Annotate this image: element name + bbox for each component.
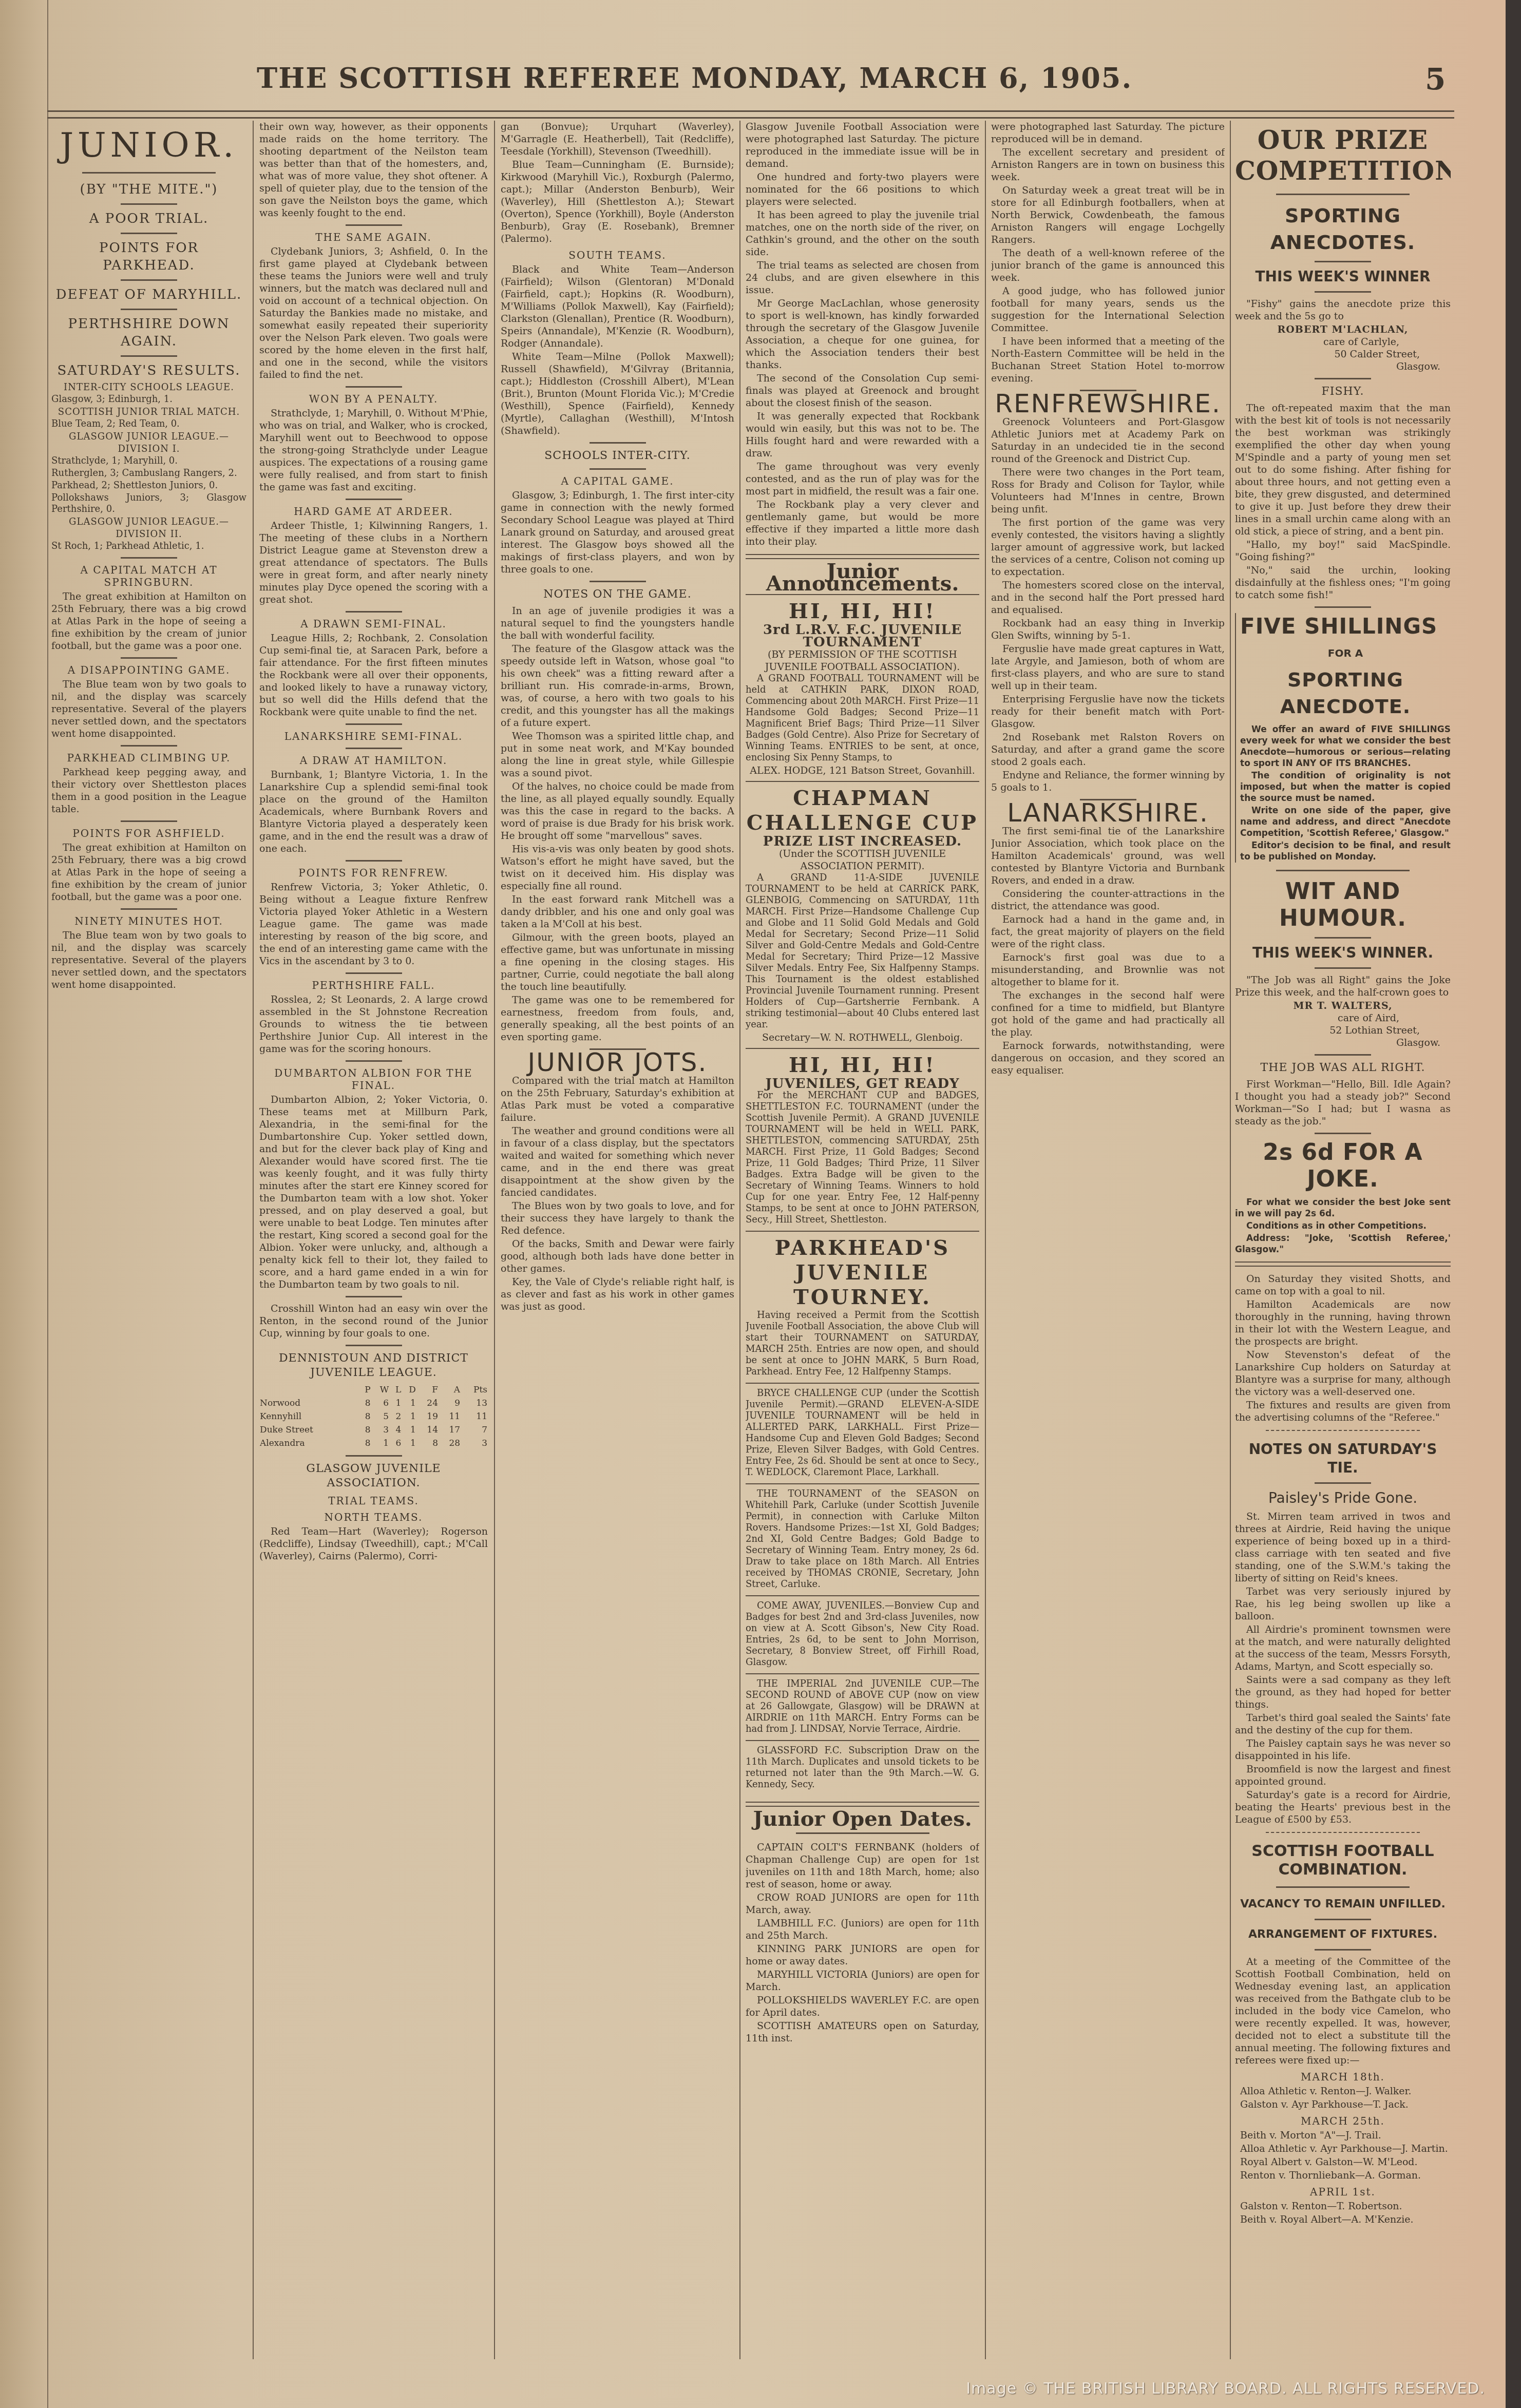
- wit-title: WIT AND HUMOUR.: [1235, 878, 1451, 932]
- divider: [121, 657, 177, 659]
- table-cell: 1: [402, 1423, 416, 1437]
- results-title: SATURDAY'S RESULTS.: [51, 362, 246, 379]
- divider: [346, 723, 402, 725]
- table-cell: 19: [416, 1410, 439, 1423]
- ad-body: THE TOURNAMENT of the SEASON on Whitehil…: [746, 1488, 979, 1590]
- ornament-rule: [1276, 870, 1410, 871]
- subhead: PERTHSHIRE DOWN AGAIN.: [51, 315, 246, 350]
- joke-offer-body: For what we consider the best Joke sent …: [1235, 1197, 1451, 1255]
- ad-signature: Secretary—W. N. ROTHWELL, Glenboig.: [746, 1031, 979, 1044]
- story-heading: POINTS FOR ASHFIELD.: [51, 827, 246, 839]
- paragraph: The excellent secretary and president of…: [991, 146, 1225, 183]
- schools-title: SCHOOLS INTER-CITY.: [501, 449, 734, 463]
- fixture-line: Alloa Athletic v. Ayr Parkhouse—J. Marti…: [1235, 2143, 1451, 2155]
- address-line: 50 Calder Street,: [1235, 348, 1451, 360]
- paragraph: All Airdrie's prominent townsmen were at…: [1235, 1623, 1451, 1673]
- table-cell: 8: [358, 1437, 371, 1450]
- table-cell: 1: [402, 1397, 416, 1410]
- table-cell: 8: [358, 1397, 371, 1410]
- divider: [121, 908, 177, 910]
- offer-paragraph: Editor's decision to be final, and resul…: [1240, 840, 1451, 863]
- jots-title: JUNIOR JOTS.: [501, 1056, 734, 1068]
- address-line: care of Aird,: [1235, 1012, 1451, 1024]
- table-row: Norwood861124913: [259, 1397, 488, 1410]
- divider: [121, 820, 177, 822]
- paragraph: Broomfield is now the largest and finest…: [1235, 1763, 1451, 1788]
- schools-subtitle: A CAPITAL GAME.: [501, 475, 734, 487]
- table-cell: 3: [461, 1437, 488, 1450]
- divider: [346, 224, 402, 226]
- joke-offer-title: 2s 6d FOR A JOKE.: [1235, 1139, 1451, 1193]
- open-date-entry: CAPTAIN COLT'S FERNBANK (holders of Chap…: [746, 1841, 979, 1890]
- paragraph: St. Mirren team arrived in twos and thre…: [1235, 1511, 1451, 1584]
- story-heading: NINETY MINUTES HOT.: [51, 915, 246, 927]
- announcements-list: HI, HI, HI!3rd L.R.V. F.C. JUVENILE TOUR…: [746, 594, 979, 1795]
- association-title: GLASGOW JUVENILE ASSOCIATION.: [259, 1462, 488, 1490]
- results-list: INTER-CITY SCHOOLS LEAGUE.Glasgow, 3; Ed…: [51, 381, 246, 552]
- ad-body: Having received a Permit from the Scotti…: [746, 1310, 979, 1378]
- paragraph: Now Stevenston's defeat of the Lanarkshi…: [1235, 1349, 1451, 1398]
- divider: [346, 499, 402, 500]
- divider: [121, 279, 177, 281]
- paragraph: The great exhibition at Hamilton on 25th…: [51, 590, 246, 652]
- divider: [1315, 1133, 1371, 1134]
- paragraph: Earnock had a hand in the game and, in f…: [991, 913, 1225, 950]
- paragraph: I have been informed that a meeting of t…: [991, 335, 1225, 385]
- ad-body: A GRAND FOOTBALL TOURNAMENT will be held…: [746, 673, 979, 763]
- ad-body: BRYCE CHALLENGE CUP (under the Scottish …: [746, 1388, 979, 1478]
- divider: [1315, 261, 1371, 262]
- address-line: care of Carlyle,: [1235, 336, 1451, 348]
- paragraph: His vis-a-vis was only beaten by good sh…: [501, 843, 734, 892]
- table-cell: 14: [416, 1423, 439, 1437]
- tie-title: NOTES ON SATURDAY'S TIE.: [1235, 1440, 1451, 1477]
- table-cell: 8: [416, 1437, 439, 1450]
- column-divider: [985, 121, 986, 2359]
- offer-paragraph: Conditions as in other Competitions.: [1235, 1220, 1451, 1232]
- league-table: PWLDFAPtsNorwood861124913Kennyhill852119…: [259, 1383, 488, 1450]
- address-line: Glasgow.: [1235, 360, 1451, 373]
- paragraph: The oft-repeated maxim that the man with…: [1235, 402, 1451, 538]
- divider: [590, 442, 646, 444]
- divider: [346, 386, 402, 388]
- paragraph: The Rockbank play a very clever and gent…: [746, 499, 979, 548]
- subhead: POINTS FOR PARKHEAD.: [51, 239, 246, 274]
- table-header: F: [416, 1383, 439, 1397]
- paragraph: The Paisley captain says he was never so…: [1235, 1737, 1451, 1762]
- binding-gutter: [0, 0, 48, 2408]
- combination-body: At a meeting of the Committee of the Sco…: [1235, 1956, 1451, 2067]
- article-continuation: were photographed last Saturday. The pic…: [991, 121, 1225, 145]
- open-date-entry: MARYHILL VICTORIA (Juniors) are open for…: [746, 1969, 979, 1993]
- paragraph: The first semi-final tie of the Lanarksh…: [991, 825, 1225, 887]
- result-line: Rutherglen, 3; Cambuslang Rangers, 2.: [51, 468, 246, 479]
- divider: [1315, 1919, 1371, 1920]
- paragraph: The game was one to be remembered for ea…: [501, 994, 734, 1043]
- fixture-line: Beith v. Royal Albert—A. M'Kenzie.: [1235, 2213, 1451, 2226]
- wit-winner-address: care of Aird,52 Lothian Street,Glasgow.: [1235, 1012, 1451, 1049]
- copyright-watermark: Image © THE BRITISH LIBRARY BOARD. ALL R…: [966, 2380, 1485, 2398]
- divider: [346, 972, 402, 974]
- notes-body: In an age of juvenile prodigies it was a…: [501, 605, 734, 1043]
- offer-paragraph: For what we consider the best Joke sent …: [1235, 1197, 1451, 1219]
- notes-title: NOTES ON THE GAME.: [501, 587, 734, 602]
- report-heading: LANARKSHIRE SEMI-FINAL.: [259, 730, 488, 742]
- paragraph: Ferguslie have made great captures in Wa…: [991, 643, 1225, 692]
- five-shillings-title: FIVE SHILLINGS: [1240, 613, 1451, 640]
- wavy-rule: [1266, 1430, 1420, 1434]
- open-dates-title: Junior Open Dates.: [746, 1813, 979, 1825]
- report-body: Dumbarton Albion, 2; Yoker Victoria, 0. …: [259, 1094, 488, 1291]
- results-heading: INTER-CITY SCHOOLS LEAGUE.: [51, 381, 246, 394]
- divider: [590, 468, 646, 470]
- result-line: St Roch, 1; Parkhead Athletic, 1.: [51, 541, 246, 552]
- table-cell: 4: [389, 1423, 402, 1437]
- table-cell: 7: [461, 1423, 488, 1437]
- winner-address: care of Carlyle,50 Calder Street,Glasgow…: [1235, 336, 1451, 373]
- divider: [1315, 291, 1371, 293]
- lanarkshire-title: LANARKSHIRE.: [991, 807, 1225, 819]
- table-row: Duke Street834114177: [259, 1423, 488, 1437]
- ad-body: THE IMPERIAL 2nd JUVENILE CUP.—The SECON…: [746, 1678, 979, 1735]
- table-cell: 9: [439, 1397, 461, 1410]
- masthead-title: THE SCOTTISH REFEREE MONDAY, MARCH 6, 19…: [257, 62, 1284, 103]
- article-continuation: Glasgow Juvenile Football Association we…: [746, 121, 979, 170]
- tie-body: St. Mirren team arrived in twos and thre…: [1235, 1511, 1451, 1826]
- renfrewshire-title: RENFREWSHIRE.: [991, 397, 1225, 410]
- subhead: DEFEAT OF MARYHILL.: [51, 286, 246, 303]
- jots-body: Compared with the trial match at Hamilto…: [501, 1075, 734, 1313]
- table-header: [259, 1383, 358, 1397]
- offer-paragraph: We offer an award of FIVE SHILLINGS ever…: [1240, 724, 1451, 769]
- combination-sub1: VACANCY TO REMAIN UNFILLED.: [1235, 1895, 1451, 1914]
- paragraph: Considering the counter-attractions in t…: [991, 888, 1225, 912]
- paragraph: Earnock forwards, notwithstanding, were …: [991, 1040, 1225, 1077]
- table-row: Alexandra81618283: [259, 1437, 488, 1450]
- table-cell: Kennyhill: [259, 1410, 358, 1423]
- fixture-date: APRIL 1st.: [1235, 2186, 1451, 2198]
- ad-permit: (BY PERMISSION OF THE SCOTTISH JUVENILE …: [746, 648, 979, 673]
- divider: [121, 309, 177, 310]
- divider: [346, 1060, 402, 1062]
- ad-subtitle: PRIZE LIST INCREASED.: [746, 835, 979, 848]
- table-cell: 6: [389, 1437, 402, 1450]
- divider: [1315, 606, 1371, 608]
- column-5: were photographed last Saturday. The pic…: [991, 121, 1225, 2359]
- table-cell: 8: [358, 1423, 371, 1437]
- divider: [1315, 1949, 1371, 1951]
- report-heading: A DRAW AT HAMILTON.: [259, 754, 488, 767]
- paragraph: There were two changes in the Port team,…: [991, 466, 1225, 515]
- fixture-date: MARCH 25th.: [1235, 2115, 1451, 2127]
- open-date-entry: POLLOKSHIELDS WAVERLEY F.C. are open for…: [746, 1994, 979, 2019]
- table-cell: 24: [416, 1397, 439, 1410]
- renfrewshire-body: Greenock Volunteers and Port-Glasgow Ath…: [991, 416, 1225, 794]
- prize-competitions-title: OUR PRIZE COMPETITIONS.: [1235, 125, 1451, 186]
- fixture-line: Renton v. Thornliebank—A. Gorman.: [1235, 2169, 1451, 2182]
- open-date-entry: CROW ROAD JUNIORS are open for 11th Marc…: [746, 1891, 979, 1916]
- announcement-ad: HI, HI, HI!3rd L.R.V. F.C. JUVENILE TOUR…: [746, 594, 979, 781]
- result-line: Blue Team, 2; Red Team, 0.: [51, 418, 246, 430]
- ornament-rule: [1276, 194, 1410, 195]
- divider: [121, 233, 177, 234]
- result-line: Parkhead, 2; Shettleston Juniors, 0.: [51, 480, 246, 491]
- paragraph: Mr George MacLachlan, whose generosity t…: [746, 297, 979, 371]
- ad-permit: (Under the SCOTTISH JUVENILE ASSOCIATION…: [746, 848, 979, 872]
- paragraph: Of the halves, no choice could be made f…: [501, 780, 734, 842]
- paragraph: The weather and ground conditions were a…: [501, 1125, 734, 1199]
- report-heading: POINTS FOR RENFREW.: [259, 867, 488, 879]
- story-heading: PARKHEAD CLIMBING UP.: [51, 752, 246, 764]
- result-line: Pollokshaws Juniors, 3; Glasgow Perthshi…: [51, 492, 246, 515]
- fixture-line: Beith v. Morton "A"—J. Trail.: [1235, 2129, 1451, 2142]
- trial-title: TRIAL TEAMS.: [259, 1495, 488, 1507]
- divider: [1315, 378, 1371, 379]
- table-header: L: [389, 1383, 402, 1397]
- five-shillings-box: FIVE SHILLINGS FOR A SPORTING ANECDOTE. …: [1235, 613, 1451, 863]
- paragraph: On Saturday week a great treat will be i…: [991, 184, 1225, 246]
- section-rule: [746, 554, 979, 559]
- match-reports: THE SAME AGAIN.Clydebank Juniors, 3; Ash…: [259, 224, 488, 1340]
- announcement-ad: THE TOURNAMENT of the SEASON on Whitehil…: [746, 1483, 979, 1595]
- report-heading: HARD GAME AT ARDEER.: [259, 505, 488, 518]
- winner-name: ROBERT M'LACHLAN,: [1235, 323, 1451, 336]
- divider: [121, 203, 177, 205]
- ad-title: CHAPMAN CHALLENGE CUP: [746, 786, 979, 835]
- column-2: their own way, however, as their opponen…: [259, 121, 488, 2359]
- paragraph: In an age of juvenile prodigies it was a…: [501, 605, 734, 642]
- north-teams: Red Team—Hart (Waverley); Rogerson (Redc…: [259, 1525, 488, 1562]
- five-shillings-sub: SPORTING ANECDOTE.: [1240, 666, 1451, 720]
- ornament-rule: [1276, 1886, 1410, 1888]
- paragraph: The fixtures and results are given from …: [1235, 1399, 1451, 1424]
- offer-paragraph: Write on one side of the paper, give nam…: [1240, 805, 1451, 839]
- announcement-ad: PARKHEAD'S JUVENILE TOURNEY.Having recei…: [746, 1231, 979, 1383]
- ad-title: PARKHEAD'S JUVENILE TOURNEY.: [746, 1236, 979, 1310]
- paragraph: The Blues won by two goals to love, and …: [501, 1200, 734, 1237]
- paragraph: In the east forward rank Mitchell was a …: [501, 893, 734, 930]
- table-header: D: [402, 1383, 416, 1397]
- report-body: Crosshill Winton had an easy win over th…: [259, 1303, 488, 1340]
- byline: (By "THE MITE."): [51, 181, 246, 198]
- table-row: Kennyhill8521191111: [259, 1410, 488, 1423]
- ornament-rule: [796, 1832, 929, 1834]
- subhead: A POOR TRIAL.: [51, 210, 246, 227]
- report-body: Clydebank Juniors, 3; Ashfield, 0. In th…: [259, 245, 488, 381]
- ad-subtitle: JUVENILES, GET READY: [746, 1078, 979, 1090]
- winner-intro: "Fishy" gains the anecdote prize this we…: [1235, 298, 1451, 322]
- report-body: Rosslea, 2; St Leonards, 2. A large crow…: [259, 993, 488, 1055]
- paragraph: The game throughout was very evenly cont…: [746, 461, 979, 498]
- table-header: A: [439, 1383, 461, 1397]
- anecdote-title: FISHY.: [1235, 385, 1451, 399]
- combination-sub2: ARRANGEMENT OF FIXTURES.: [1235, 1925, 1451, 1944]
- table-cell: 3: [371, 1423, 390, 1437]
- wit-intro: "The Job was all Right" gains the Joke P…: [1235, 974, 1451, 999]
- report-body: Burnbank, 1; Blantyre Victoria, 1. In th…: [259, 769, 488, 855]
- divider: [590, 581, 646, 582]
- table-cell: 11: [439, 1410, 461, 1423]
- address-line: Glasgow.: [1235, 1037, 1451, 1049]
- south-title: SOUTH TEAMS.: [501, 249, 734, 261]
- announcement-ad: GLASSFORD F.C. Subscription Draw on the …: [746, 1740, 979, 1795]
- black-white-team: Black and White Team—Anderson (Fairfield…: [501, 263, 734, 350]
- masthead-rule: [47, 110, 1454, 119]
- tie-subtitle: Paisley's Pride Gone.: [1235, 1489, 1451, 1507]
- schools-body: Glasgow, 3; Edinburgh, 1. The first inte…: [501, 489, 734, 576]
- paragraph: Parkhead keep pegging away, and their vi…: [51, 766, 246, 815]
- offer-paragraph: Address: "Joke, 'Scottish Referee,' Glas…: [1235, 1233, 1451, 1255]
- table-cell: 6: [371, 1397, 390, 1410]
- wavy-rule: [1266, 1832, 1420, 1836]
- story-heading: A CAPITAL MATCH AT SPRINGBURN.: [51, 564, 246, 588]
- divider: [121, 745, 177, 747]
- north-title: NORTH TEAMS.: [259, 1511, 488, 1523]
- open-date-entry: SCOTTISH AMATEURS open on Saturday, 11th…: [746, 2020, 979, 2044]
- story-heading: A DISAPPOINTING GAME.: [51, 664, 246, 676]
- paragraph: The first portion of the game was very e…: [991, 517, 1225, 578]
- report-heading: THE SAME AGAIN.: [259, 231, 488, 243]
- divider: [346, 1455, 402, 1457]
- fixture-date: MARCH 18th.: [1235, 2071, 1451, 2083]
- table-cell: 1: [389, 1397, 402, 1410]
- article-continuation: their own way, however, as their opponen…: [259, 121, 488, 219]
- paragraph: Saturday's gate is a record for Airdrie,…: [1235, 1789, 1451, 1826]
- paragraph: The Blue team won by two goals to nil, a…: [51, 929, 246, 991]
- address-line: 52 Lothian Street,: [1235, 1024, 1451, 1037]
- paragraph: The second of the Consolation Cup semi-f…: [746, 372, 979, 409]
- announcement-ad: HI, HI, HI!JUVENILES, GET READYFor the M…: [746, 1048, 979, 1231]
- subheads: A POOR TRIAL.POINTS FOR PARKHEAD.DEFEAT …: [51, 203, 246, 350]
- report-heading: WON BY A PENALTY.: [259, 393, 488, 405]
- scan-edge: [1506, 0, 1521, 2408]
- table-cell: 1: [371, 1437, 390, 1450]
- column-4: Glasgow Juvenile Football Association we…: [746, 121, 979, 2359]
- column-divider: [253, 121, 254, 2359]
- column-1: JUNIOR. (By "THE MITE.") A POOR TRIAL.PO…: [51, 121, 246, 2359]
- result-line: Glasgow, 3; Edinburgh, 1.: [51, 394, 246, 405]
- paragraph: The exchanges in the second half were co…: [991, 989, 1225, 1039]
- divider: [346, 860, 402, 862]
- divider: [121, 557, 177, 559]
- paragraph: Saints were a sad company as they left t…: [1235, 1674, 1451, 1711]
- table-cell: Norwood: [259, 1397, 358, 1410]
- column-6: OUR PRIZE COMPETITIONS. SPORTING ANECDOT…: [1235, 121, 1451, 2359]
- paragraph: On Saturday they visited Shotts, and cam…: [1235, 1273, 1451, 1297]
- report-body: Strathclyde, 1; Maryhill, 0. Without M'P…: [259, 407, 488, 493]
- result-line: Strathclyde, 1; Maryhill, 0.: [51, 455, 246, 467]
- report-heading: DUMBARTON ALBION FOR THE FINAL.: [259, 1067, 488, 1092]
- announcement-ad: BRYCE CHALLENGE CUP (under the Scottish …: [746, 1383, 979, 1483]
- table-header: W: [371, 1383, 390, 1397]
- divider: [1315, 967, 1371, 969]
- anecdotes-title: SPORTING ANECDOTES.: [1235, 202, 1451, 256]
- paragraph: 2nd Rosebank met Ralston Rovers on Satur…: [991, 731, 1225, 768]
- announcements-title: Junior Announcements.: [746, 565, 979, 590]
- paragraph: Tarbet's third goal sealed the Saints' f…: [1235, 1712, 1451, 1736]
- paragraph: Of the backs, Smith and Dewar were fairl…: [501, 1238, 734, 1275]
- fixture-line: Alloa Athletic v. Renton—J. Walker.: [1235, 2085, 1451, 2097]
- misc-notes: On Saturday they visited Shotts, and cam…: [1235, 1273, 1451, 1424]
- open-date-entry: KINNING PARK JUNIORS are open for home o…: [746, 1943, 979, 1967]
- section-rule: [1235, 1262, 1451, 1267]
- table-cell: 1: [402, 1410, 416, 1423]
- report-body: League Hills, 2; Rochbank, 2. Consolatio…: [259, 632, 488, 718]
- announcement-ad: COME AWAY, JUVENILES.—Bonview Cup and Ba…: [746, 1595, 979, 1673]
- section-rule: [746, 1802, 979, 1807]
- report-body: Renfrew Victoria, 3; Yoker Athletic, 0. …: [259, 881, 488, 967]
- wit-winner-title: THIS WEEK'S WINNER.: [1235, 944, 1451, 962]
- wit-winner-name: MR T. WALTERS,: [1235, 1000, 1451, 1012]
- table-cell: 2: [389, 1410, 402, 1423]
- five-shillings-body: We offer an award of FIVE SHILLINGS ever…: [1240, 724, 1451, 863]
- paragraph: "Hallo, my boy!" said MacSpindle. "Going…: [1235, 539, 1451, 563]
- table-cell: 8: [358, 1410, 371, 1423]
- paragraph: The trial teams as selected are chosen f…: [746, 259, 979, 296]
- ad-subtitle: 3rd L.R.V. F.C. JUVENILE TOURNAMENT: [746, 624, 979, 648]
- paragraph: The homesters scored close on the interv…: [991, 579, 1225, 616]
- paragraph: It has been agreed to play the juvenile …: [746, 209, 979, 258]
- open-dates-list: CAPTAIN COLT'S FERNBANK (holders of Chap…: [746, 1841, 979, 2044]
- ornament-rule: [82, 172, 216, 174]
- fixtures-list: MARCH 18th.Alloa Athletic v. Renton—J. W…: [1235, 2071, 1451, 2226]
- column-3: gan (Bonvue); Urquhart (Waverley), M'Gar…: [501, 121, 734, 2359]
- paragraph: Endyne and Reliance, the former winning …: [991, 769, 1225, 794]
- report-heading: A DRAWN SEMI-FINAL.: [259, 618, 488, 630]
- paragraph: Gilmour, with the green boots, played an…: [501, 931, 734, 993]
- paragraph: Key, the Vale of Clyde's reliable right …: [501, 1276, 734, 1313]
- paragraph: The death of a well-known referee of the…: [991, 247, 1225, 284]
- results-heading: GLASGOW JUNIOR LEAGUE.—DIVISION II.: [51, 516, 246, 541]
- results-heading: SCOTTISH JUNIOR TRIAL MATCH.: [51, 406, 246, 418]
- divider: [1315, 937, 1371, 939]
- table-header: P: [358, 1383, 371, 1397]
- column-divider: [1230, 121, 1231, 2359]
- league-title: DENNISTOUN AND DISTRICT JUVENILE LEAGUE.: [259, 1351, 488, 1380]
- combination-title: SCOTTISH FOOTBALL COMBINATION.: [1235, 1842, 1451, 1879]
- announcement-ad: THE IMPERIAL 2nd JUVENILE CUP.—The SECON…: [746, 1673, 979, 1740]
- winner-title: THIS WEEK'S WINNER: [1235, 267, 1451, 286]
- divider: [346, 748, 402, 749]
- paragraph: Earnock's first goal was due to a misund…: [991, 951, 1225, 988]
- ad-body: A GRAND 11-A-SIDE JUVENILE TOURNAMENT to…: [746, 872, 979, 1030]
- offer-paragraph: The condition of originality is not impo…: [1240, 770, 1451, 804]
- ad-signature: ALEX. HODGE, 121 Batson Street, Govanhil…: [746, 765, 979, 777]
- blue-team: Blue Team—Cunningham (E. Burnside); Kirk…: [501, 159, 734, 245]
- report-body: Ardeer Thistle, 1; Kilwinning Rangers, 1…: [259, 520, 488, 606]
- paragraph: The Blue team won by two goals to nil, a…: [51, 678, 246, 740]
- divider: [121, 355, 177, 357]
- ad-title: HI, HI, HI!: [746, 599, 979, 624]
- ad-title: HI, HI, HI!: [746, 1053, 979, 1078]
- paragraph: Hamilton Academicals are now thoroughly …: [1235, 1298, 1451, 1348]
- table-cell: Duke Street: [259, 1423, 358, 1437]
- paragraph: Greenock Volunteers and Port-Glasgow Ath…: [991, 416, 1225, 465]
- teams-continuation: gan (Bonvue); Urquhart (Waverley), M'Gar…: [501, 121, 734, 158]
- announcement-ad: CHAPMAN CHALLENGE CUPPRIZE LIST INCREASE…: [746, 781, 979, 1048]
- newspaper-page: THE SCOTTISH REFEREE MONDAY, MARCH 6, 19…: [0, 0, 1521, 2408]
- results-heading: GLASGOW JUNIOR LEAGUE.—DIVISION I.: [51, 431, 246, 455]
- paragraph: Compared with the trial match at Hamilto…: [501, 1075, 734, 1124]
- divider: [346, 1345, 402, 1346]
- paragraph: It was generally expected that Rockbank …: [746, 410, 979, 460]
- lanarkshire-body: The first semi-final tie of the Lanarksh…: [991, 825, 1225, 1077]
- joke-body: First Workman—"Hello, Bill. Idle Again? …: [1235, 1078, 1451, 1127]
- table-cell: 1: [402, 1437, 416, 1450]
- article-body: One hundred and forty-two players were n…: [746, 171, 979, 548]
- ad-body: For the MERCHANT CUP and BADGES, SHETTLE…: [746, 1090, 979, 1226]
- divider: [1315, 1482, 1371, 1484]
